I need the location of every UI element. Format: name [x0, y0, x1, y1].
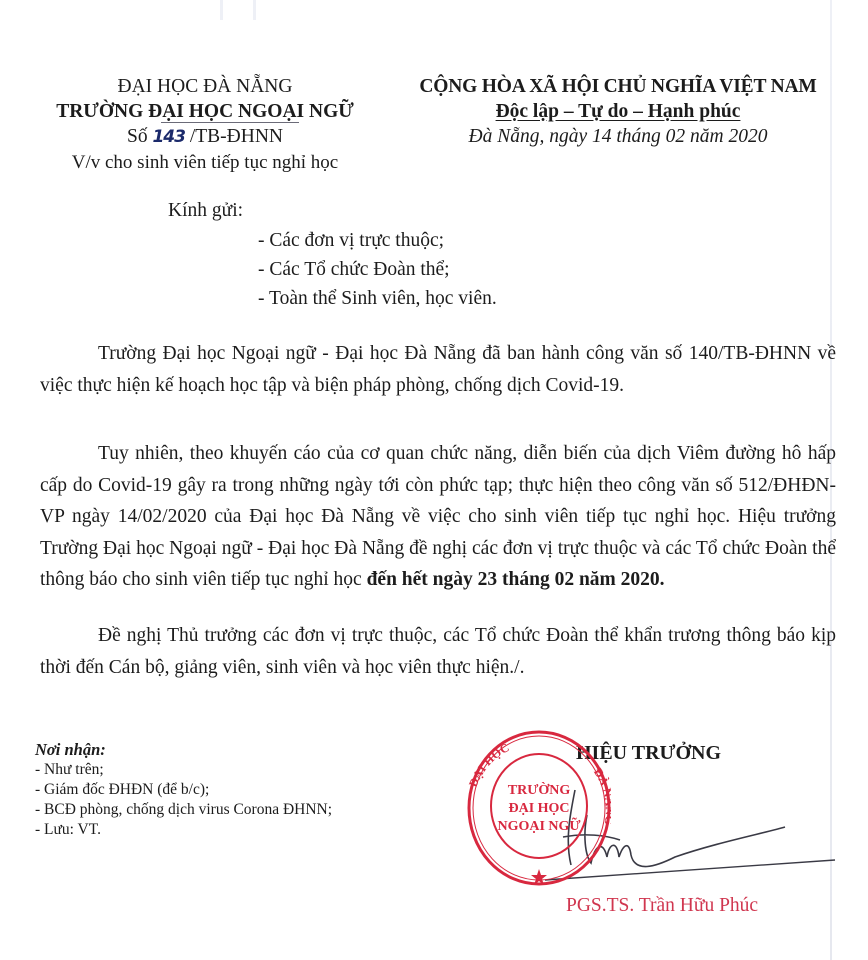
signer-name: PGS.TS. Trần Hữu Phúc	[566, 895, 758, 917]
nation-name: CỘNG HÒA XÃ HỘI CHỦ NGHĨA VIỆT NAM	[388, 74, 848, 99]
addressee-item: - Các Tổ chức Đoàn thể;	[258, 255, 497, 284]
addressee-item: - Toàn thể Sinh viên, học viên.	[258, 284, 497, 313]
deadline-emphasis: đến hết ngày 23 tháng 02 năm 2020.	[367, 569, 665, 590]
official-notice-document: ĐẠI HỌC ĐÀ NẴNG TRƯỜNG ĐẠI HỌC NGOẠI NGỮ…	[0, 0, 868, 960]
addressee-label: Kính gửi:	[168, 196, 243, 226]
number-prefix: Số	[127, 126, 148, 147]
national-motto: Độc lập – Tự do – Hạnh phúc	[496, 101, 741, 122]
addressee-item: - Các đơn vị trực thuộc;	[258, 226, 497, 255]
body-paragraph-2: Tuy nhiên, theo khuyến cáo của cơ quan c…	[40, 438, 836, 596]
body-paragraph-1: Trường Đại học Ngoại ngữ - Đại học Đà Nẵ…	[40, 338, 836, 401]
parent-organization: ĐẠI HỌC ĐÀ NẴNG	[30, 74, 380, 99]
paragraph-2-text: Tuy nhiên, theo khuyến cáo của cơ quan c…	[40, 443, 836, 590]
official-seal-stamp: ĐẠI HỌC ĐÀ NẴNG TRƯỜNG ĐẠI HỌC NGOẠI NGỮ	[463, 728, 611, 888]
number-suffix: /TB-ĐHNN	[190, 126, 283, 147]
seal-ring-right: ĐÀ NẴNG	[591, 765, 611, 825]
distribution-title: Nơi nhận:	[35, 740, 332, 760]
handwritten-number: 143	[152, 127, 185, 147]
body-paragraph-3: Đề nghị Thủ trưởng các đơn vị trực thuộc…	[40, 620, 836, 683]
distribution-item: - Giám đốc ĐHĐN (để b/c);	[35, 780, 332, 800]
distribution-list: Nơi nhận: - Như trên; - Giám đốc ĐHĐN (đ…	[35, 740, 332, 840]
scan-bleed-marks	[220, 0, 256, 20]
svg-text:ĐÀ NẴNG: ĐÀ NẴNG	[591, 765, 611, 825]
school-name: TRƯỜNG ĐẠI HỌC NGOẠI NGỮ	[56, 99, 354, 124]
issuer-header: ĐẠI HỌC ĐÀ NẴNG TRƯỜNG ĐẠI HỌC NGOẠI NGỮ…	[30, 74, 380, 175]
seal-line-3: NGOẠI NGỮ	[497, 816, 581, 834]
document-subject: V/v cho sinh viên tiếp tục nghỉ học	[30, 150, 380, 175]
seal-line-1: TRƯỜNG	[508, 781, 571, 798]
distribution-item: - Như trên;	[35, 760, 332, 780]
addressee-list: - Các đơn vị trực thuộc; - Các Tổ chức Đ…	[258, 226, 497, 313]
seal-ring-left: ĐẠI HỌC	[466, 740, 512, 789]
place-date: Đà Nẵng, ngày 14 tháng 02 năm 2020	[388, 124, 848, 149]
national-header: CỘNG HÒA XÃ HỘI CHỦ NGHĨA VIỆT NAM Độc l…	[388, 74, 848, 149]
document-number: Số 143 /TB-ĐHNN	[30, 124, 380, 150]
svg-text:ĐẠI HỌC: ĐẠI HỌC	[466, 740, 512, 789]
distribution-item: - BCĐ phòng, chống dịch virus Corona ĐHN…	[35, 800, 332, 820]
distribution-item: - Lưu: VT.	[35, 820, 332, 840]
seal-line-2: ĐẠI HỌC	[508, 801, 569, 816]
